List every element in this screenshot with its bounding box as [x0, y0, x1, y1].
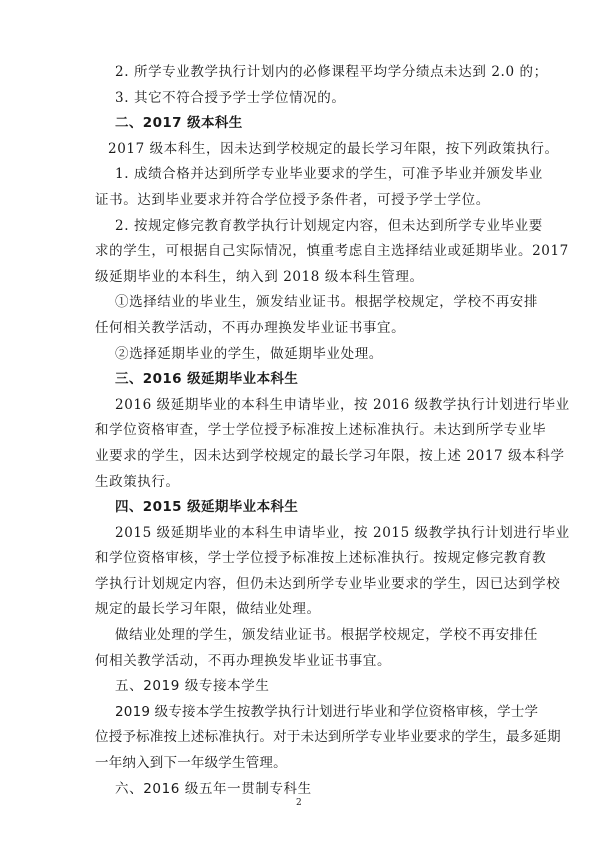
- section-heading-2015: 四、2015 级延期毕业本科生: [95, 495, 550, 521]
- paragraph-line: ①选择结业的毕业生，颁发结业证书。根据学校规定，学校不再安排: [95, 290, 550, 316]
- page-body: 2. 所学专业教学执行计划内的必修课程平均学分绩点未达到 2.0 的； 3. 其…: [95, 60, 550, 802]
- paragraph-line: ②选择延期毕业的学生，做延期毕业处理。: [95, 342, 550, 368]
- list-item-2: 2. 所学专业教学执行计划内的必修课程平均学分绩点未达到 2.0 的；: [95, 60, 550, 86]
- section-heading-2016-five-year: 六、2016 级五年一贯制专科生: [95, 777, 550, 803]
- paragraph-line: 规定的最长学习年限，做结业处理。: [95, 597, 550, 623]
- list-item-3: 3. 其它不符合授予学士学位情况的。: [95, 86, 550, 112]
- paragraph-line: 2015 级延期毕业的本科生申请毕业，按 2015 级教学执行计划进行毕业: [95, 521, 550, 547]
- document-page: 2. 所学专业教学执行计划内的必修课程平均学分绩点未达到 2.0 的； 3. 其…: [0, 0, 606, 857]
- section-heading-2017: 二、2017 级本科生: [95, 111, 550, 137]
- paragraph-line: 2016 级延期毕业的本科生申请毕业，按 2016 级教学执行计划进行毕业: [95, 393, 550, 419]
- paragraph-line: 和学位资格审核，学士学位授予标准按上述标准执行。按规定修完教育教: [95, 546, 550, 572]
- paragraph-line: 2017 级本科生，因未达到学校规定的最长学习年限，按下列政策执行。: [95, 137, 550, 163]
- section-heading-2016: 三、2016 级延期毕业本科生: [95, 367, 550, 393]
- section-heading-2019: 五、2019 级专接本学生: [95, 674, 550, 700]
- paragraph-line: 一年纳入到下一年级学生管理。: [95, 751, 550, 777]
- paragraph-line: 位授予标准按上述标准执行。对于未达到所学专业毕业要求的学生，最多延期: [95, 725, 550, 751]
- paragraph-line: 何相关教学活动，不再办理换发毕业证书事宜。: [95, 649, 550, 675]
- paragraph-line: 2019 级专接本学生按教学执行计划进行毕业和学位资格审核，学士学: [95, 700, 550, 726]
- paragraph-line: 和学位资格审查，学士学位授予标准按上述标准执行。未达到所学专业毕: [95, 418, 550, 444]
- paragraph-line: 学执行计划规定内容，但仍未达到所学专业毕业要求的学生，因已达到学校: [95, 572, 550, 598]
- paragraph-line: 1. 成绩合格并达到所学专业毕业要求的学生，可准予毕业并颁发毕业: [95, 162, 550, 188]
- paragraph-line: 任何相关教学活动，不再办理换发毕业证书事宜。: [95, 316, 550, 342]
- page-number: 2: [296, 798, 302, 808]
- paragraph-line: 证书。达到毕业要求并符合学位授予条件者，可授予学士学位。: [95, 188, 550, 214]
- paragraph-line: 生政策执行。: [95, 470, 550, 496]
- paragraph-line: 做结业处理的学生，颁发结业证书。根据学校规定，学校不再安排任: [95, 623, 550, 649]
- paragraph-line: 业要求的学生，因未达到学校规定的最长学习年限，按上述 2017 级本科学: [95, 444, 550, 470]
- paragraph-line: 求的学生，可根据自己实际情况，慎重考虑自主选择结业或延期毕业。2017: [95, 239, 550, 265]
- paragraph-line: 2. 按规定修完教育教学执行计划规定内容，但未达到所学专业毕业要: [95, 214, 550, 240]
- paragraph-line: 级延期毕业的本科生，纳入到 2018 级本科生管理。: [95, 265, 550, 291]
